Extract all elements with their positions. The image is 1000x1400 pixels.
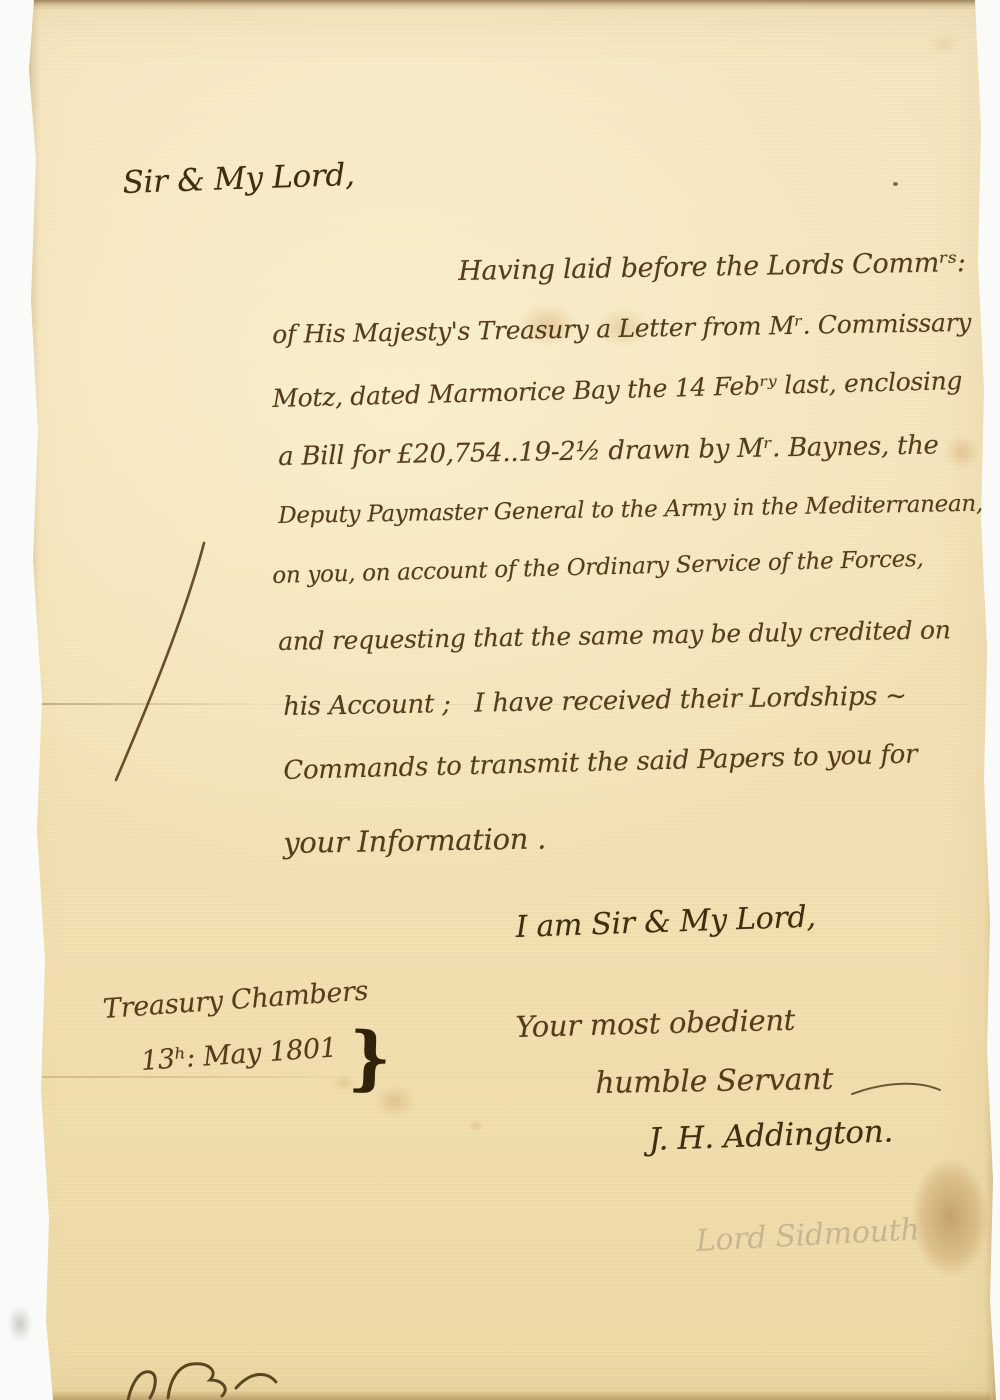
body-line: his Account ; I have received their Lord… bbox=[283, 681, 907, 722]
salutation: Sir & My Lord, bbox=[122, 157, 355, 201]
page: { "document": { "salutation": "Sir & My … bbox=[0, 0, 1000, 1400]
dateline-date: 13ʰ: May 1801 bbox=[140, 1032, 338, 1077]
paper-edge-bottom bbox=[30, 1390, 990, 1400]
body-line: Commands to transmit the said Papers to … bbox=[283, 739, 918, 786]
background-smudge bbox=[2, 1298, 38, 1350]
fold-crease bbox=[36, 703, 268, 705]
paper-edge-top bbox=[26, 0, 980, 10]
closing-line: Your most obedient bbox=[515, 1003, 795, 1044]
dateline-place: Treasury Chambers bbox=[102, 975, 369, 1024]
letter-paper: Sir & My Lord, Having laid before the Lo… bbox=[0, 0, 1000, 1400]
dateline-brace: } bbox=[347, 1016, 392, 1099]
margin-slash-mark bbox=[116, 543, 204, 780]
closing-line: I am Sir & My Lord, bbox=[515, 900, 816, 945]
body-line: of His Majesty's Treasury a Letter from … bbox=[272, 308, 971, 349]
closing-line: humble Servant bbox=[595, 1062, 833, 1101]
body-line: on you, on account of the Ordinary Servi… bbox=[272, 546, 924, 589]
body-line: Deputy Paymaster General to the Army in … bbox=[278, 491, 983, 529]
cutoff-writing-strokes bbox=[128, 1364, 276, 1400]
fold-crease bbox=[42, 1076, 364, 1078]
stain bbox=[938, 428, 986, 476]
body-line: Motz, dated Marmorice Bay the 14 Febʳʸ l… bbox=[272, 366, 963, 413]
pencil-annotation: Lord Sidmouth bbox=[695, 1212, 920, 1259]
paper-edge-right bbox=[984, 0, 1000, 1400]
stain bbox=[922, 28, 966, 60]
body-line: and requesting that the same may be duly… bbox=[278, 615, 951, 656]
body-line: a Bill for £20,754..19-2½ drawn by Mʳ. B… bbox=[278, 430, 939, 472]
paper-edge-left bbox=[26, 0, 40, 1400]
ink-speck bbox=[893, 182, 898, 186]
signature: J. H. Addington. bbox=[648, 1113, 894, 1158]
body-line: your Information . bbox=[283, 821, 546, 860]
body-line: Having laid before the Lords Commʳˢ: bbox=[458, 247, 966, 287]
stain bbox=[466, 1118, 486, 1134]
servant-flourish bbox=[852, 1084, 940, 1094]
